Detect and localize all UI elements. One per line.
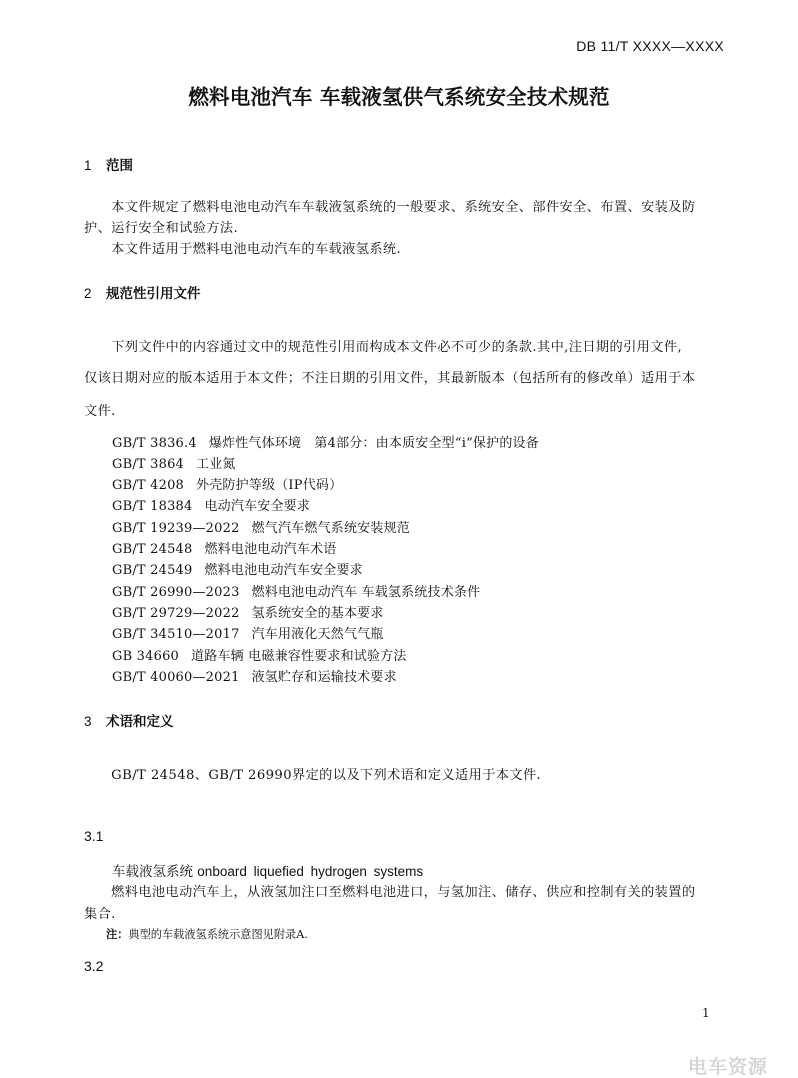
- section-title: 术语和定义: [106, 714, 174, 730]
- reference-item: GB/T 34510—2017汽车用液化天然气气瓶: [112, 623, 384, 642]
- definition: 集合.: [84, 903, 116, 922]
- reference-item: GB/T 24548燃料电池电动汽车术语: [112, 538, 337, 557]
- document-title: 燃料电池汽车 车载液氢供气系统安全技术规范: [0, 80, 798, 110]
- section-title: 范围: [106, 158, 133, 174]
- reference-item: GB/T 29729—2022氢系统安全的基本要求: [112, 602, 384, 621]
- reference-item: GB/T 40060—2021液氢贮存和运输技术要求: [112, 666, 397, 685]
- reference-item: GB/T 18384电动汽车安全要求: [112, 495, 310, 514]
- note: 注：典型的车载液氢系统示意图见附录A.: [106, 926, 308, 942]
- paragraph: 仅该日期对应的版本适用于本文件；不注日期的引用文件，其最新版本（包括所有的修改单…: [84, 367, 695, 386]
- section-2-heading: 2规范性引用文件: [84, 282, 201, 302]
- paragraph: 护、运行安全和试验方法.: [84, 217, 238, 236]
- reference-item: GB/T 4208外壳防护等级（IP代码）: [112, 474, 342, 493]
- section-number: 2: [84, 286, 106, 301]
- section-number: 3: [84, 714, 106, 729]
- term-chinese: 车载液氢系统: [112, 864, 193, 880]
- note-text: 典型的车载液氢系统示意图见附录A.: [128, 928, 307, 941]
- paragraph: 本文件规定了燃料电池电动汽车车载液氢系统的一般要求、系统安全、部件安全、布置、安…: [84, 196, 695, 215]
- paragraph: 本文件适用于燃料电池电动汽车的车载液氢系统.: [84, 238, 401, 257]
- paragraph: GB/T 24548、GB/T 26990界定的以及下列术语和定义适用于本文件.: [84, 764, 541, 783]
- reference-item: GB/T 3836.4爆炸性气体环境 第4部分：由本质安全型“i”保护的设备: [112, 432, 539, 451]
- subsection-number: 3.2: [84, 958, 103, 974]
- section-number: 1: [84, 158, 106, 173]
- reference-item: GB/T 3864工业氮: [112, 453, 236, 472]
- term-english: onboard liquefied hydrogen systems: [197, 864, 423, 879]
- term-entry: 车载液氢系统 onboard liquefied hydrogen system…: [112, 860, 423, 880]
- reference-item: GB/T 26990—2023燃料电池电动汽车 车载氢系统技术条件: [112, 581, 480, 600]
- watermark-logo: 电车资源: [688, 1052, 768, 1078]
- note-label: 注：: [106, 928, 128, 941]
- section-1-heading: 1范围: [84, 154, 133, 174]
- page-number: 1: [702, 1006, 710, 1020]
- reference-item: GB/T 19239—2022燃气汽车燃气系统安装规范: [112, 517, 410, 536]
- paragraph: 文件.: [84, 400, 116, 419]
- definition: 燃料电池电动汽车上，从液氢加注口至燃料电池进口，与氢加注、储存、供应和控制有关的…: [84, 881, 695, 900]
- subsection-number: 3.1: [84, 828, 103, 844]
- document-number: DB 11/T XXXX—XXXX: [576, 38, 724, 54]
- reference-item: GB/T 24549燃料电池电动汽车安全要求: [112, 559, 363, 578]
- paragraph: 下列文件中的内容通过文中的规范性引用而构成本文件必不可少的条款.其中,注日期的引…: [84, 336, 682, 355]
- section-3-heading: 3术语和定义: [84, 710, 174, 730]
- section-title: 规范性引用文件: [106, 286, 201, 302]
- reference-item: GB 34660道路车辆 电磁兼容性要求和试验方法: [112, 645, 407, 664]
